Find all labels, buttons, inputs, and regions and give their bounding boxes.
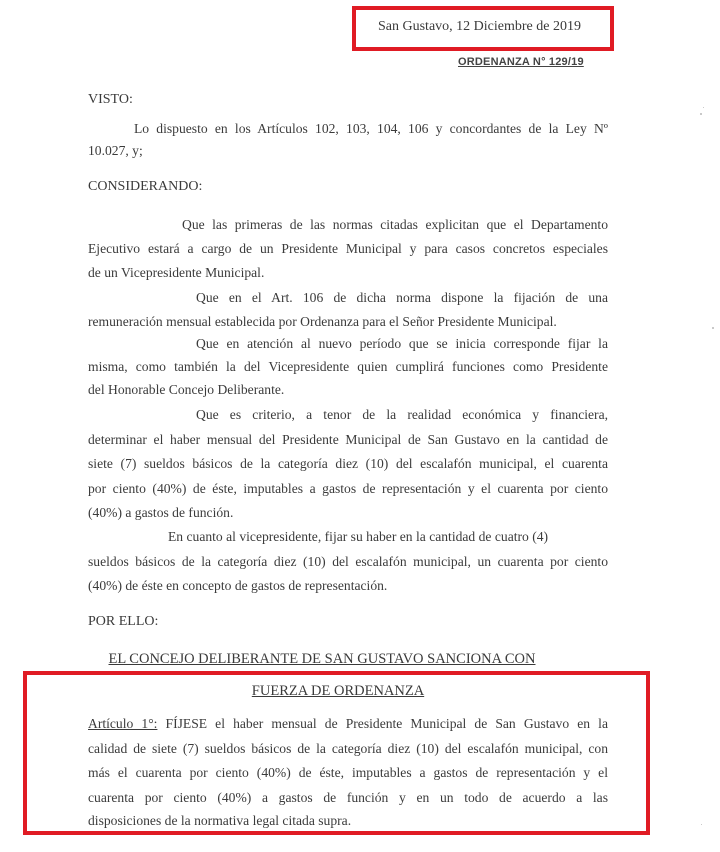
- considerando-line: de un Vicepresidente Municipal.: [88, 265, 608, 281]
- sanction-title-line-1: EL CONCEJO DELIBERANTE DE SAN GUSTAVO SA…: [0, 651, 682, 668]
- article-1-first-line: Artículo 1°: FÍJESE el haber mensual de …: [88, 716, 608, 732]
- article-1-line: disposiciones de la normativa legal cita…: [88, 813, 608, 829]
- considerando-line: Que en atención al nuevo período que se …: [196, 336, 608, 352]
- considerando-line: (40%) de éste en concepto de gastos de r…: [88, 578, 608, 594]
- considerando-line: por ciento (40%) de éste, imputables a g…: [88, 481, 608, 497]
- article-1-line: calidad de siete (7) sueldos básicos de …: [88, 741, 608, 757]
- considerando-line: Ejecutivo estará a cargo de un President…: [88, 241, 608, 257]
- considerando-line: sueldos básicos de la categoría diez (10…: [88, 554, 608, 570]
- date-line: San Gustavo, 12 Diciembre de 2019: [378, 19, 581, 35]
- scan-speck: [712, 327, 714, 329]
- document-page: San Gustavo, 12 Diciembre de 2019 ORDENA…: [0, 0, 720, 852]
- considerando-line: Que en el Art. 106 de dicha norma dispon…: [196, 290, 608, 306]
- visto-line: 10.027, y;: [88, 143, 608, 159]
- article-1-line: cuarenta por ciento (40%) a gastos de fu…: [88, 790, 608, 806]
- considerando-line: En cuanto al vicepresidente, fijar su ha…: [168, 529, 608, 545]
- considerando-line: siete (7) sueldos básicos de la categorí…: [88, 456, 608, 472]
- ordinance-number: ORDENANZA N° 129/19: [458, 56, 584, 68]
- considerando-line: misma, como también la del Vicepresident…: [88, 359, 608, 375]
- considerando-line: determinar el haber mensual del Presiden…: [88, 432, 608, 448]
- por-ello-heading: POR ELLO:: [88, 614, 158, 630]
- considerando-line: (40%) a gastos de función.: [88, 505, 608, 521]
- scan-speck: [700, 113, 702, 115]
- sanction-title-line-2: FUERZA DE ORDENANZA: [0, 683, 698, 700]
- visto-line: Lo dispuesto en los Artículos 102, 103, …: [134, 121, 608, 137]
- scan-speck: [703, 107, 704, 108]
- article-1-label: Artículo 1°:: [88, 716, 157, 731]
- visto-heading: VISTO:: [88, 92, 133, 108]
- considerando-line: remuneración mensual establecida por Ord…: [88, 314, 608, 330]
- considerando-line: Que las primeras de las normas citadas e…: [182, 217, 608, 233]
- scan-speck: [701, 824, 702, 825]
- considerando-line: del Honorable Concejo Deliberante.: [88, 382, 608, 398]
- article-1-text: FÍJESE el haber mensual de Presidente Mu…: [157, 716, 608, 731]
- article-1-line: más el cuarenta por ciento (40%) de éste…: [88, 765, 608, 781]
- considerando-heading: CONSIDERANDO:: [88, 179, 202, 195]
- considerando-line: Que es criterio, a tenor de la realidad …: [196, 407, 608, 423]
